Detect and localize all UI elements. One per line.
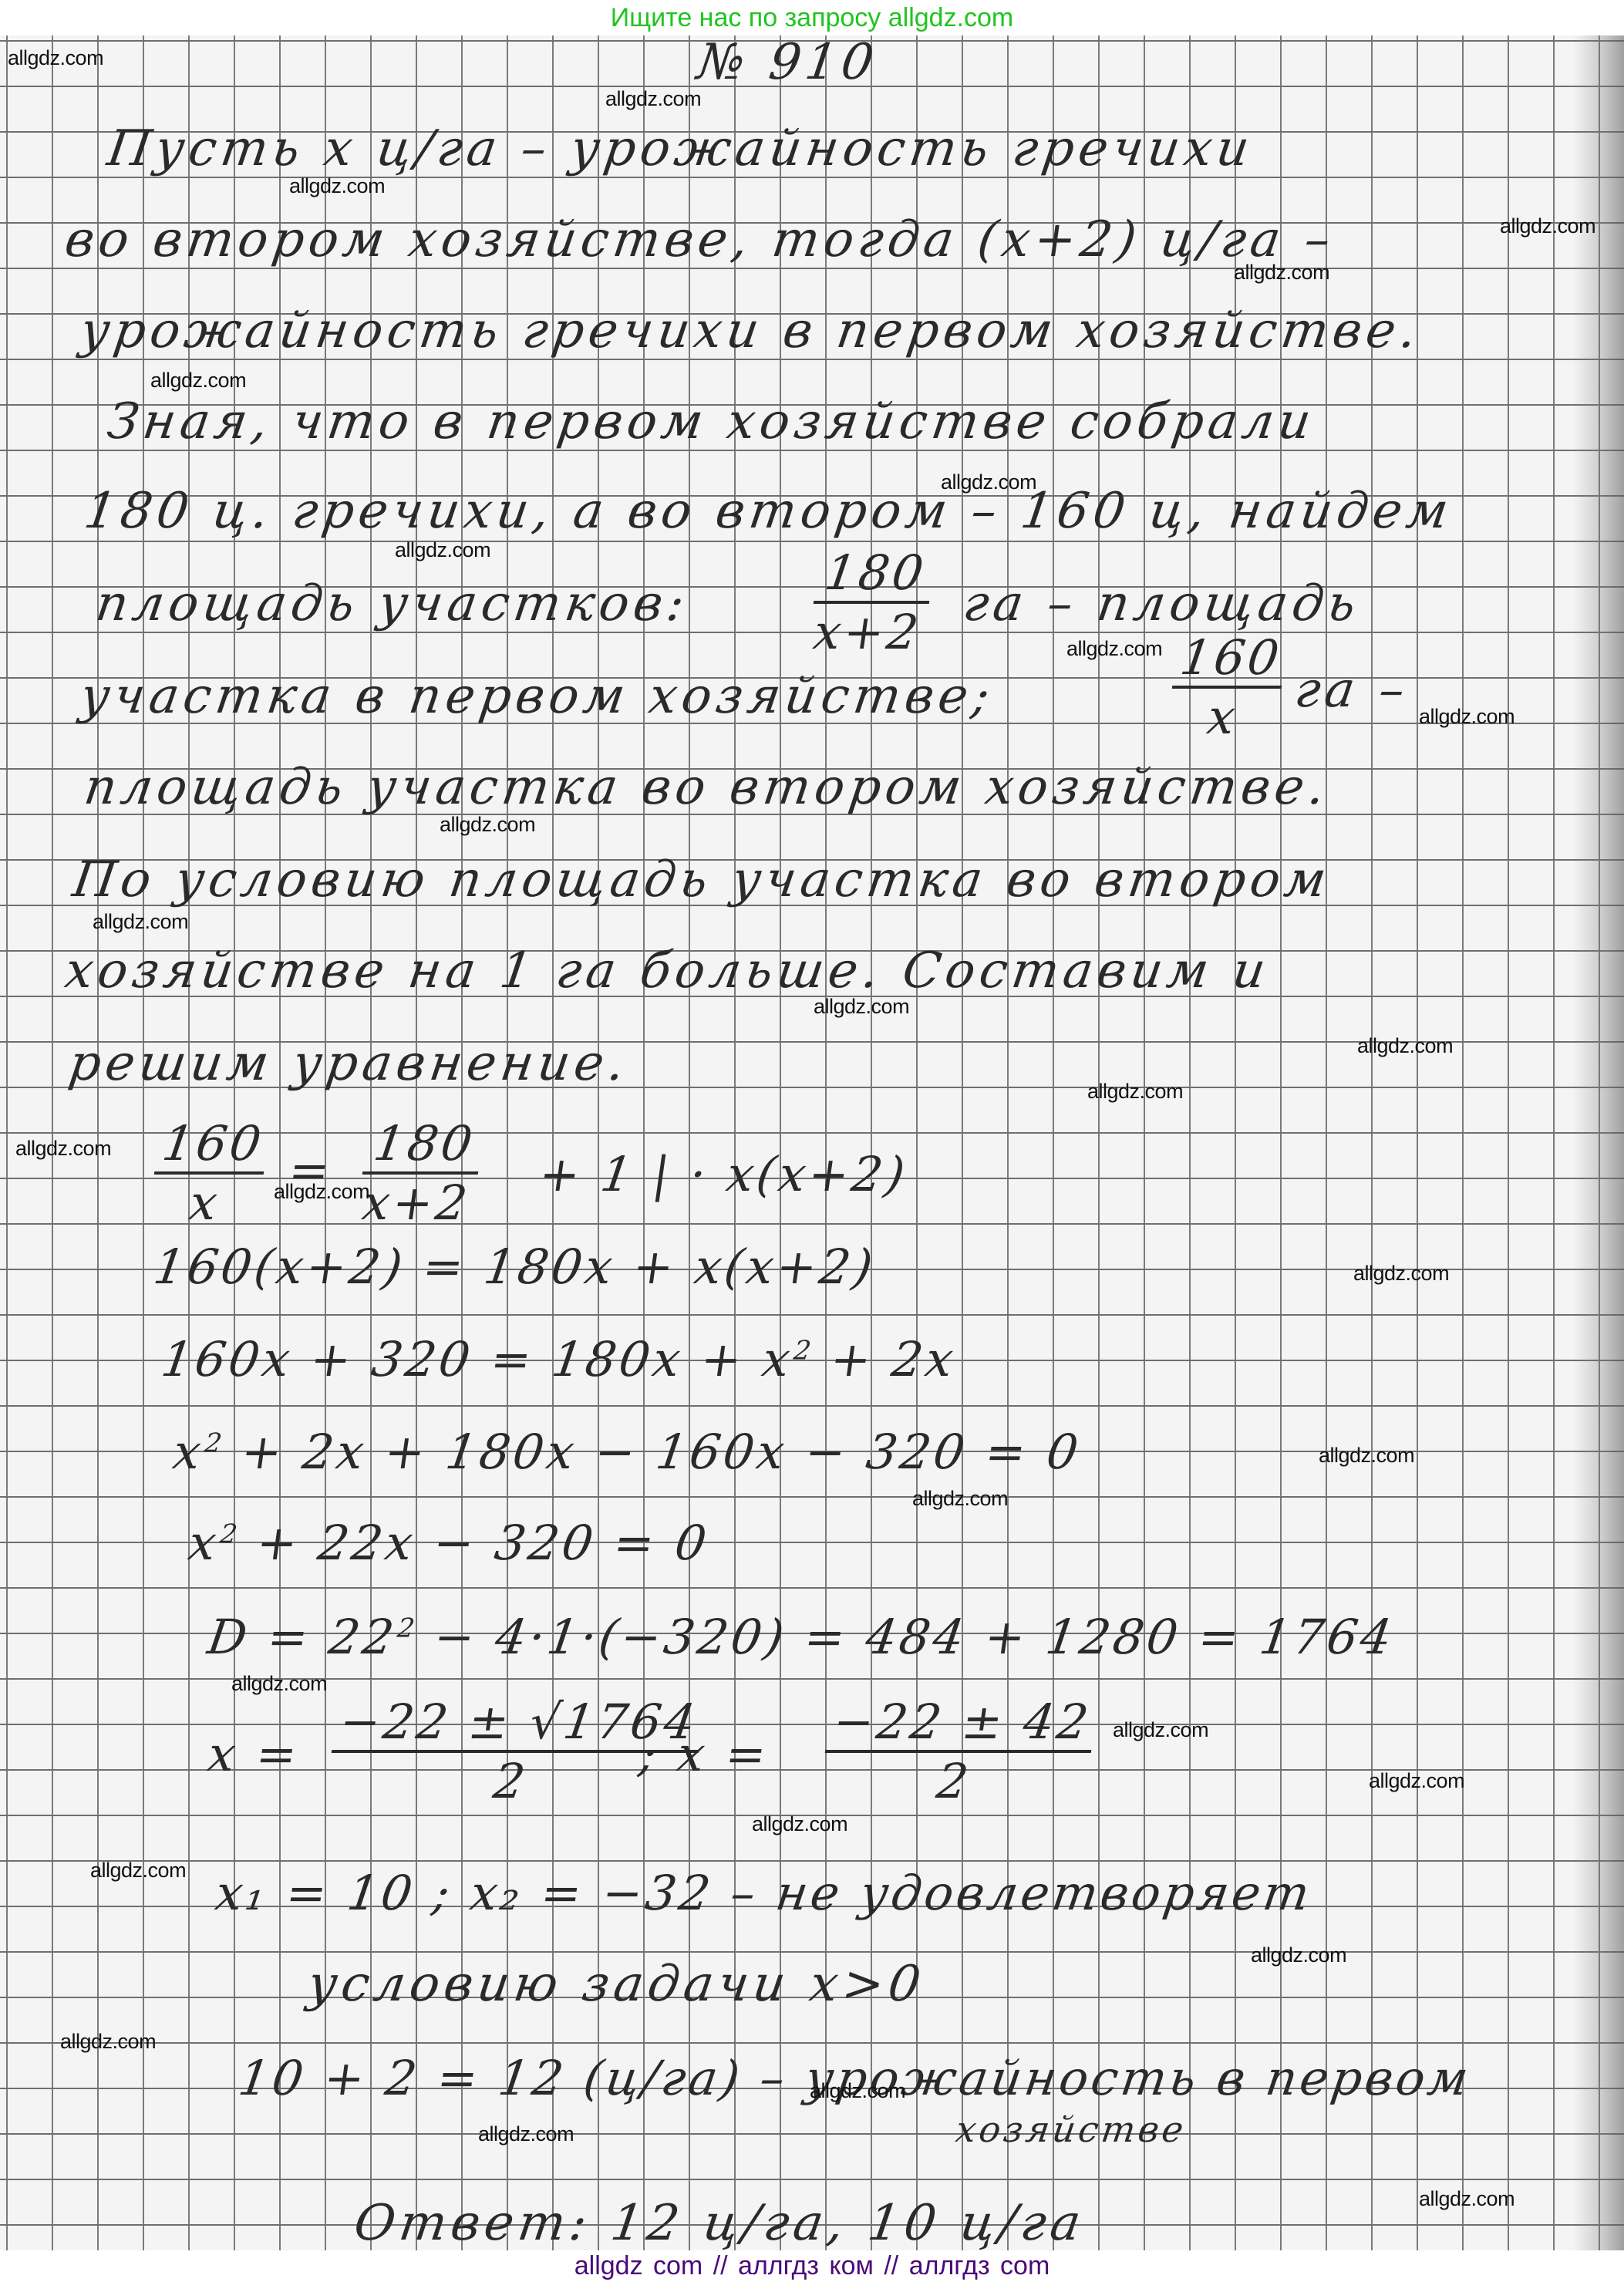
watermark: allgdz.com [941, 470, 1036, 494]
watermark: allgdz.com [1357, 1034, 1453, 1058]
watermark: allgdz.com [1234, 261, 1329, 285]
watermark: allgdz.com [93, 910, 188, 934]
watermark: allgdz.com [440, 813, 535, 837]
bottom-banner[interactable]: allgdz com // аллгдз ком // аллгдз com [0, 2250, 1624, 2282]
fraction-denominator: x [146, 1175, 264, 1231]
fraction-eq-right: 180 x+2 [354, 1115, 486, 1231]
watermark: allgdz.com [1419, 705, 1514, 729]
equation-3: 160x + 320 = 180x + x2 + 2x [158, 1331, 960, 1387]
fraction-area-second: 160 x [1164, 629, 1289, 745]
watermark: allgdz.com [1251, 1943, 1346, 1967]
roots-result: x₁ = 10 ; x₂ = −32 – не удовлетворяет [212, 1865, 1316, 1921]
text-line-8: участка в первом хозяйстве; [77, 668, 998, 725]
fraction-numerator: −22 ± 42 [825, 1694, 1100, 1753]
watermark: allgdz.com [60, 2030, 156, 2054]
watermark: allgdz.com [1369, 1769, 1464, 1793]
watermark: allgdz.com [810, 2079, 905, 2103]
watermark: allgdz.com [912, 1487, 1008, 1511]
equation-1-tail: + 1 | · x(x+2) [536, 1146, 911, 1202]
watermark: allgdz.com [1500, 214, 1595, 238]
text-line-13: решим уравнение. [66, 1035, 633, 1092]
problem-number: № 910 [694, 34, 881, 91]
text-line-1: Пусть x ц/га – урожайность гречихи [104, 120, 1258, 177]
fraction-numerator: 160 [1172, 629, 1290, 689]
text-line-12: хозяйстве на 1 га больше. Составим и [62, 942, 1274, 999]
discriminant: D = 222 − 4·1·(−320) = 484 + 1280 = 1764 [204, 1609, 1398, 1665]
first-yield-tail: хозяйстве [953, 2108, 1189, 2150]
watermark: allgdz.com [395, 538, 490, 562]
equation-4: x2 + 2x + 180x − 160x − 320 = 0 [170, 1424, 1085, 1480]
text-line-6: площадь участков: [93, 575, 692, 632]
watermark: allgdz.com [15, 1137, 111, 1161]
fraction-numerator: 180 [362, 1115, 487, 1175]
watermark: allgdz.com [231, 1672, 327, 1696]
fraction-area-first: 180 x+2 [805, 544, 937, 660]
watermark: allgdz.com [1066, 637, 1162, 661]
watermark: allgdz.com [289, 174, 385, 198]
equation-2: 160(x+2) = 180x + x(x+2) [150, 1239, 879, 1295]
answer-line: Ответ: 12 ц/га, 10 ц/га [351, 2195, 1089, 2252]
watermark: allgdz.com [478, 2122, 574, 2146]
watermark: allgdz.com [1319, 1444, 1414, 1468]
fraction-denominator: x+2 [805, 604, 929, 660]
watermark: allgdz.com [90, 1859, 186, 1883]
fraction-denominator: x [1164, 689, 1282, 745]
watermark: allgdz.com [814, 995, 909, 1019]
watermark: allgdz.com [605, 87, 701, 111]
text-line-2: во втором хозяйстве, тогда (x+2) ц/га – [62, 211, 1339, 268]
text-line-5: 180 ц. гречихи, а во втором – 160 ц, най… [81, 483, 1457, 540]
fraction-eq-left: 160 x [146, 1115, 271, 1231]
condition-line: условию задачи x>0 [305, 1956, 928, 2013]
watermark: allgdz.com [752, 1812, 847, 1836]
text-line-3: урожайность гречихи в первом хозяйстве. [77, 302, 1424, 359]
fraction-denominator: x+2 [354, 1175, 478, 1231]
text-line-4: Зная, что в первом хозяйстве собрали [104, 393, 1319, 450]
roots-separator: ; x = [636, 1726, 773, 1782]
top-banner[interactable]: Ищите нас по запросу allgdz.com [0, 0, 1624, 35]
watermark: allgdz.com [1087, 1080, 1183, 1104]
roots-prefix: x = [204, 1726, 304, 1782]
text-line-9: га – [1292, 662, 1413, 719]
fraction-denominator: 2 [817, 1753, 1090, 1809]
notebook-page: № 910 Пусть x ц/га – урожайность гречихи… [0, 35, 1624, 2250]
watermark: allgdz.com [1113, 1718, 1208, 1742]
watermark: allgdz.com [1419, 2187, 1514, 2211]
fraction-numerator: 160 [154, 1115, 272, 1175]
fraction-numerator: 180 [814, 544, 938, 604]
fraction-roots-simplified: −22 ± 42 2 [817, 1694, 1099, 1809]
equation-5: x2 + 22x − 320 = 0 [185, 1515, 713, 1571]
text-line-10: площадь участка во втором хозяйстве. [81, 759, 1333, 816]
watermark: allgdz.com [150, 369, 246, 393]
watermark: allgdz.com [1353, 1262, 1449, 1286]
watermark: allgdz.com [274, 1180, 369, 1204]
text-line-7: га – площадь [960, 575, 1364, 632]
watermark: allgdz.com [8, 46, 103, 70]
text-line-11: По условию площадь участка во втором [69, 851, 1334, 908]
